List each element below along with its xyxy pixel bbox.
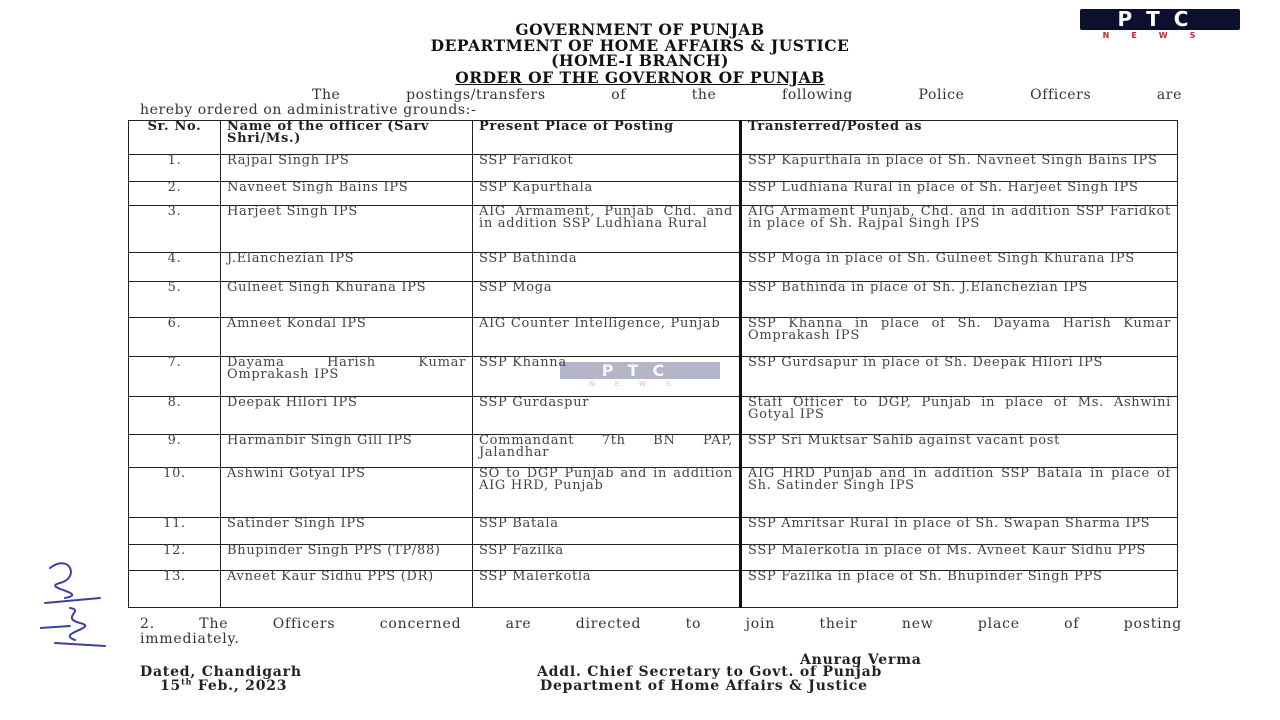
serial-number: 13. <box>129 571 221 608</box>
officer-name: J.Elanchezian IPS <box>221 253 473 282</box>
serial-number: 12. <box>129 545 221 571</box>
table-row: 4.J.Elanchezian IPSSSP BathindaSSP Moga … <box>129 253 1178 282</box>
serial-number: 4. <box>129 253 221 282</box>
signatory-department: Department of Home Affairs & Justice <box>540 678 868 694</box>
col-header-posted: Transferred/Posted as <box>741 121 1178 155</box>
transferred-posted-as: SSP Amritsar Rural in place of Sh. Swapa… <box>741 518 1178 545</box>
table-row: 11.Satinder Singh IPSSSP BatalaSSP Amrit… <box>129 518 1178 545</box>
serial-number: 8. <box>129 397 221 435</box>
transferred-posted-as: SSP Sri Muktsar Sahib against vacant pos… <box>741 435 1178 468</box>
intro-line-2: hereby ordered on administrative grounds… <box>140 102 476 118</box>
present-posting: SSP Kapurthala <box>473 182 741 206</box>
table-row: 8.Deepak Hilori IPSSSP GurdaspurStaff Of… <box>129 397 1178 435</box>
officer-name: Harmanbir Singh Gill IPS <box>221 435 473 468</box>
table-header-row: Sr. No. Name of the officer (Sarv Shri/M… <box>129 121 1178 155</box>
officer-name: Dayama Harish Kumar Omprakash IPS <box>221 357 473 397</box>
table-row: 2.Navneet Singh Bains IPSSSP KapurthalaS… <box>129 182 1178 206</box>
watermark-text: PTC <box>560 362 720 379</box>
date-month-year: Feb., 2023 <box>192 678 287 694</box>
table-row: 13.Avneet Kaur Sidhu PPS (DR)SSP Malerko… <box>129 571 1178 608</box>
transferred-posted-as: SSP Bathinda in place of Sh. J.Elanchezi… <box>741 282 1178 318</box>
present-posting: AIG Counter Intelligence, Punjab <box>473 318 741 357</box>
serial-number: 11. <box>129 518 221 545</box>
present-posting: SSP Batala <box>473 518 741 545</box>
transferred-posted-as: AIG Armament Punjab, Chd. and in additio… <box>741 206 1178 253</box>
officer-name: Ashwini Gotyal IPS <box>221 468 473 518</box>
intro-paragraph: The postings/transfers of the following … <box>140 88 1182 118</box>
col-header-name: Name of the officer (Sarv Shri/Ms.) <box>221 121 473 155</box>
present-posting: AIG Armament, Punjab Chd. and in additio… <box>473 206 741 253</box>
transferred-posted-as: SSP Khanna in place of Sh. Dayama Harish… <box>741 318 1178 357</box>
table-row: 9.Harmanbir Singh Gill IPSCommandant 7th… <box>129 435 1178 468</box>
transferred-posted-as: SSP Gurdsapur in place of Sh. Deepak Hil… <box>741 357 1178 397</box>
table-row: 12.Bhupinder Singh PPS (TP/88)SSP Fazilk… <box>129 545 1178 571</box>
date-suffix: th <box>181 676 192 686</box>
serial-number: 1. <box>129 155 221 182</box>
direction-line-2: immediately. <box>140 631 240 647</box>
transferred-posted-as: SSP Moga in place of Sh. Gulneet Singh K… <box>741 253 1178 282</box>
officer-name: Navneet Singh Bains IPS <box>221 182 473 206</box>
serial-number: 2. <box>129 182 221 206</box>
serial-number: 9. <box>129 435 221 468</box>
table-row: 1.Rajpal Singh IPSSSP FaridkotSSP Kapurt… <box>129 155 1178 182</box>
serial-number: 7. <box>129 357 221 397</box>
signature-scribble <box>40 548 110 648</box>
officer-name: Harjeet Singh IPS <box>221 206 473 253</box>
officer-name: Satinder Singh IPS <box>221 518 473 545</box>
transferred-posted-as: Staff Officer to DGP, Punjab in place of… <box>741 397 1178 435</box>
table-row: 10.Ashwini Gotyal IPSSO to DGP Punjab an… <box>129 468 1178 518</box>
date-value: 15th Feb., 2023 <box>160 678 287 694</box>
present-posting: SSP Gurdaspur <box>473 397 741 435</box>
transferred-posted-as: AIG HRD Punjab and in addition SSP Batal… <box>741 468 1178 518</box>
transferred-posted-as: SSP Malerkotla in place of Ms. Avneet Ka… <box>741 545 1178 571</box>
present-posting: SSP Malerkotla <box>473 571 741 608</box>
col-header-sr: Sr. No. <box>129 121 221 155</box>
officer-name: Gulneet Singh Khurana IPS <box>221 282 473 318</box>
serial-number: 5. <box>129 282 221 318</box>
direction-paragraph: 2. The Officers concerned are directed t… <box>140 617 1182 647</box>
officer-name: Avneet Kaur Sidhu PPS (DR) <box>221 571 473 608</box>
serial-number: 10. <box>129 468 221 518</box>
table-row: 5.Gulneet Singh Khurana IPSSSP MogaSSP B… <box>129 282 1178 318</box>
intro-line-1: The postings/transfers of the following … <box>140 88 1182 103</box>
officer-name: Amneet Kondal IPS <box>221 318 473 357</box>
present-posting: SSP Moga <box>473 282 741 318</box>
present-posting: SSP Faridkot <box>473 155 741 182</box>
serial-number: 6. <box>129 318 221 357</box>
transferred-posted-as: SSP Kapurthala in place of Sh. Navneet S… <box>741 155 1178 182</box>
date-day: 15 <box>160 678 181 694</box>
order-title: ORDER OF THE GOVERNOR OF PUNJAB <box>0 68 1280 87</box>
transferred-posted-as: SSP Ludhiana Rural in place of Sh. Harje… <box>741 182 1178 206</box>
table-row: 6.Amneet Kondal IPSAIG Counter Intellige… <box>129 318 1178 357</box>
direction-line-1: 2. The Officers concerned are directed t… <box>140 617 1182 632</box>
table-row: 3.Harjeet Singh IPSAIG Armament, Punjab … <box>129 206 1178 253</box>
watermark-subtext: NEWS <box>560 380 720 388</box>
officer-name: Bhupinder Singh PPS (TP/88) <box>221 545 473 571</box>
officer-name: Deepak Hilori IPS <box>221 397 473 435</box>
present-posting: SSP Bathinda <box>473 253 741 282</box>
serial-number: 3. <box>129 206 221 253</box>
present-posting: SSP Fazilka <box>473 545 741 571</box>
ptc-watermark: PTC NEWS <box>560 362 720 390</box>
present-posting: Commandant 7th BN PAP, Jalandhar <box>473 435 741 468</box>
col-header-present: Present Place of Posting <box>473 121 741 155</box>
transferred-posted-as: SSP Fazilka in place of Sh. Bhupinder Si… <box>741 571 1178 608</box>
present-posting: SO to DGP Punjab and in addition AIG HRD… <box>473 468 741 518</box>
officer-name: Rajpal Singh IPS <box>221 155 473 182</box>
